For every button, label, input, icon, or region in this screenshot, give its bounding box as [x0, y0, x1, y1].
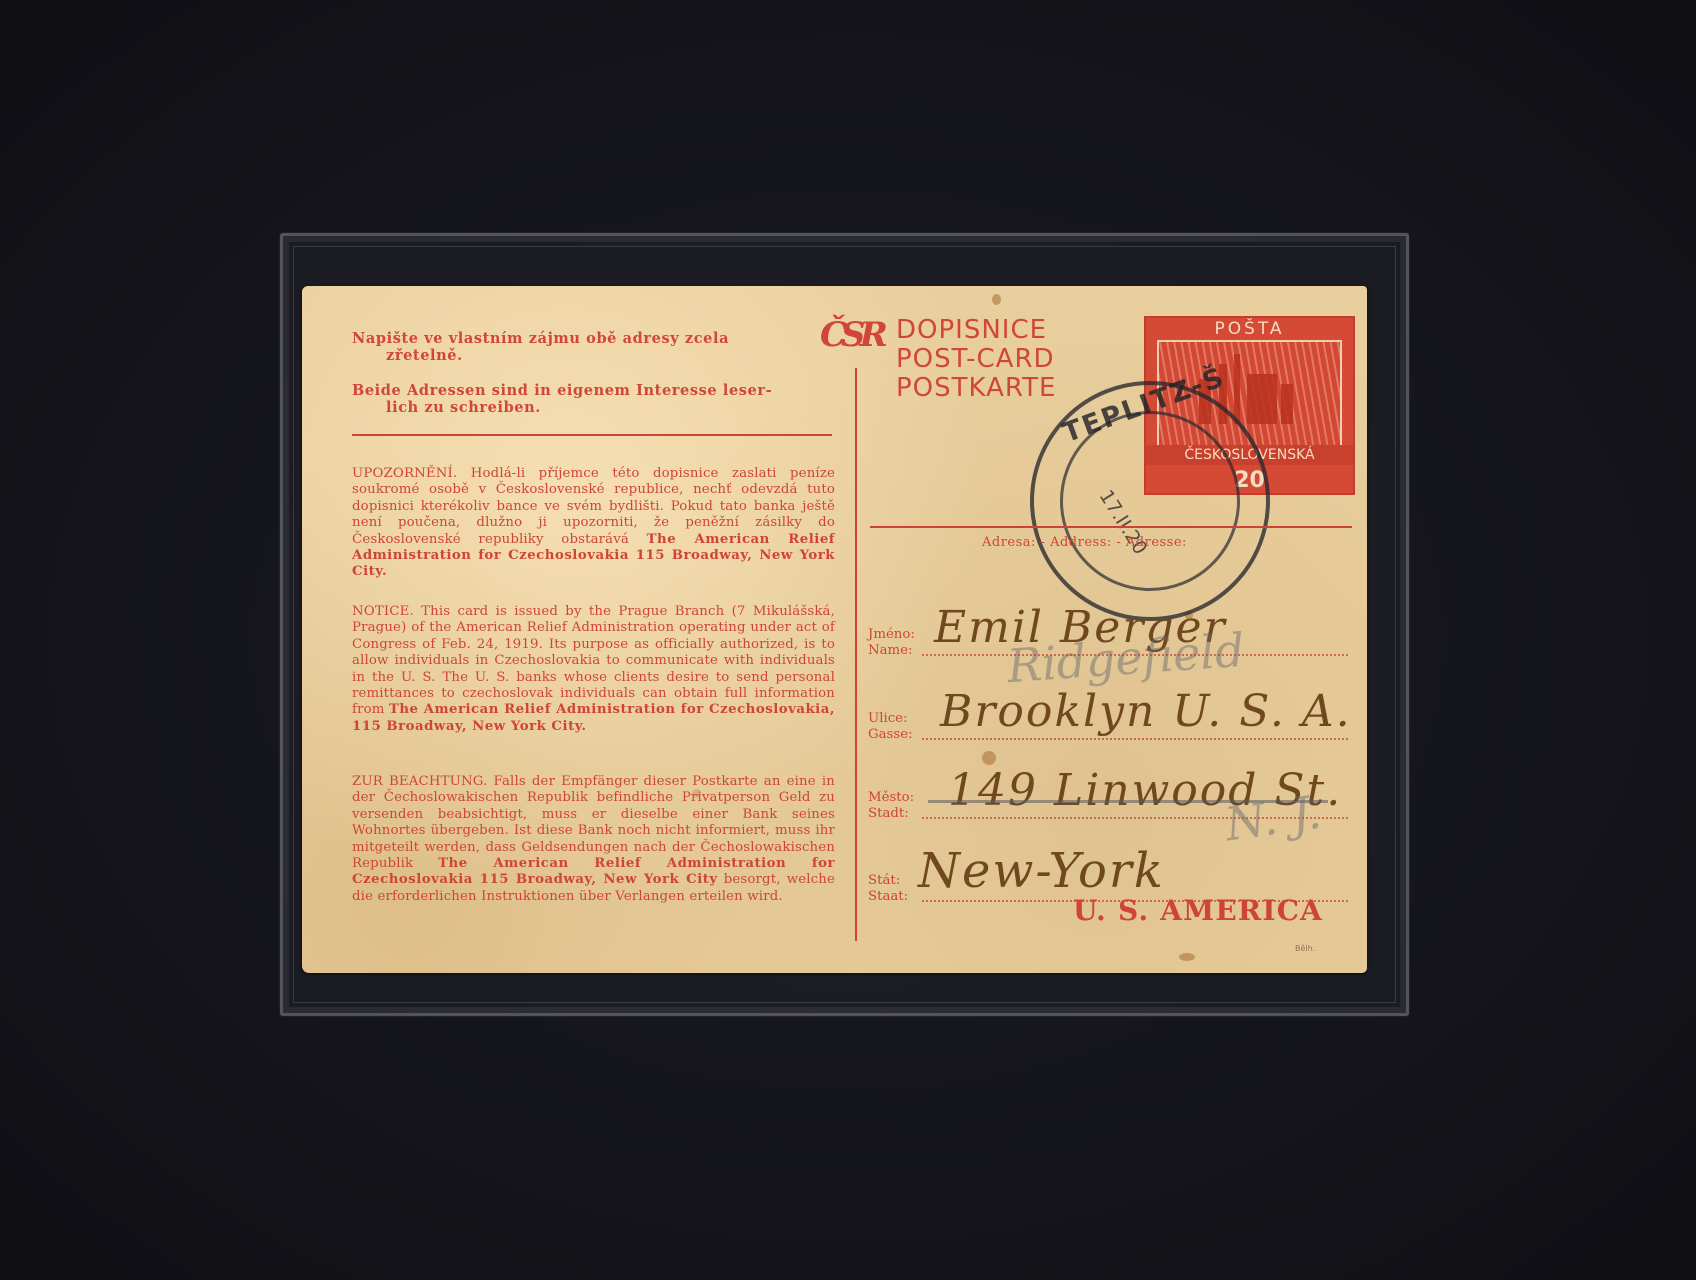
printer-mark: Bělh. [1295, 944, 1315, 953]
csr-monogram: ČSR [820, 313, 878, 357]
title-czech: DOPISNICE [896, 316, 1056, 345]
notice-german: ZUR BEACHTUNG. Falls der Empfänger diese… [352, 774, 835, 905]
divider-horizontal [352, 434, 832, 436]
note-german: Beide Adressen sind in eigenem Interesse… [352, 382, 835, 416]
stamp-top-text: POŠTA [1146, 319, 1353, 339]
card-title: DOPISNICE POST-CARD POSTKARTE [896, 316, 1056, 403]
notice-english: NOTICE. This card is issued by the Pragu… [352, 604, 835, 735]
address-divider [870, 526, 1352, 528]
address-label: Ulice: Gasse: [868, 711, 913, 743]
handwritten-street: Brooklyn U. S. A. [940, 686, 1352, 737]
title-english: POST-CARD [896, 345, 1056, 374]
stain [992, 294, 1001, 305]
address-label: Jméno: Name: [868, 627, 915, 659]
address-caption: Adresa: - Address: - Adresse: [982, 535, 1187, 550]
stain [1179, 953, 1195, 961]
postcard: Napište ve vlastním zájmu obě adresy zce… [302, 286, 1367, 973]
dotted-line [922, 738, 1348, 740]
divider-vertical [855, 368, 857, 941]
title-german: POSTKARTE [896, 374, 1056, 403]
handwritten-state: New-York [918, 843, 1165, 899]
address-label: Město: Stadt: [868, 790, 914, 822]
address-label: Stát: Staat: [868, 873, 908, 905]
notice-czech: UPOZORNĚNÍ. Hodlá-li příjemce této dopis… [352, 466, 835, 581]
postmark: TEPLITZ-Š 17.II.20 [1030, 381, 1270, 621]
note-czech: Napište ve vlastním zájmu obě adresy zce… [352, 330, 835, 364]
destination-country: U. S. AMERICA [1073, 894, 1323, 927]
address-row-street: Ulice: Gasse: Brooklyn U. S. A. [868, 683, 1348, 743]
